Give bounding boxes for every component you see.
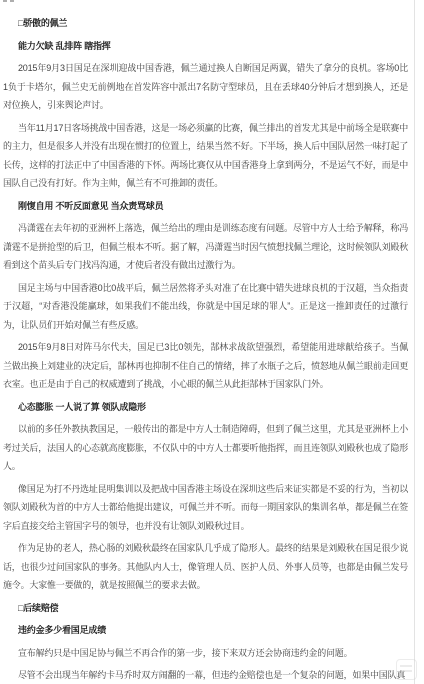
section-title-compensation: □后续赔偿 <box>3 599 408 618</box>
watermark-logo <box>396 659 417 680</box>
section-title-proud-perrin: □骄傲的佩兰 <box>3 14 408 33</box>
article-body: □骄傲的佩兰 能力欠缺 乱排阵 瞎指挥 2015年9月3日国足在深圳迎战中国香港… <box>0 0 424 684</box>
pane-right-border <box>414 0 415 684</box>
paragraph-fengxiaoting: 冯潇霆在去年初的亚洲杯上落选，佩兰给出的理由是训练态度有问题。尽管中方人士给予解… <box>3 219 408 275</box>
paragraph-camacho-comparison: 尽管不会出现当年解约卡马乔时双方闹翻的一幕，但违约金赔偿也是一个复杂的问题，如果… <box>3 666 408 684</box>
paragraph-termination-announcement: 宣布解约只是中国足协与佩兰不再合作的第一步，接下来双方还会协商违约金的问题。 <box>3 644 408 663</box>
subheading-inflated-ego: 心态膨胀 一人说了算 领队成隐形 <box>3 398 408 417</box>
paragraph-nov17-match: 当年11月17日客场挑战中国香港，这是一场必须赢的比赛，佩兰排出的首发尤其是中前… <box>3 119 408 193</box>
paragraph-shenzhen-match: 2015年9月3日国足在深圳迎战中国香港，佩兰通过换人自断国足两翼，错失了拿分的… <box>3 59 408 115</box>
paragraph-training-camp-choices: 像国足为打不丹选址昆明集训以及把战中国香港主场设在深圳这些后来证实都是不妥的行为… <box>3 480 408 536</box>
paragraph-liudianqiu-invisible: 作为足协的老人，热心肠的刘殿秋最终在国家队几乎成了隐形人。最终的结果是刘殿秋在国… <box>3 539 408 595</box>
paragraph-foreign-coaches: 以前的多任外教执教国足，一般传出的都是中方人士制造障碍，但到了佩兰这里，尤其是亚… <box>3 420 408 476</box>
subheading-ability-lacking: 能力欠缺 乱排阵 瞎指挥 <box>3 37 408 56</box>
paragraph-gaolin-incident: 2015年9月8日对阵马尔代夫，国足已3比0领先，郜林求战欲望强烈，希望能用进球… <box>3 338 408 394</box>
subheading-penalty-fee: 违约金多少看国足成绩 <box>3 621 408 640</box>
subheading-stubborn-scolding: 刚愎自用 不听反面意见 当众责骂球员 <box>3 197 408 216</box>
paragraph-yuhanchao-blame: 国足主场与中国香港0比0战平后，佩兰居然将矛头对准了在比赛中错失进球良机的于汉超… <box>3 279 408 335</box>
